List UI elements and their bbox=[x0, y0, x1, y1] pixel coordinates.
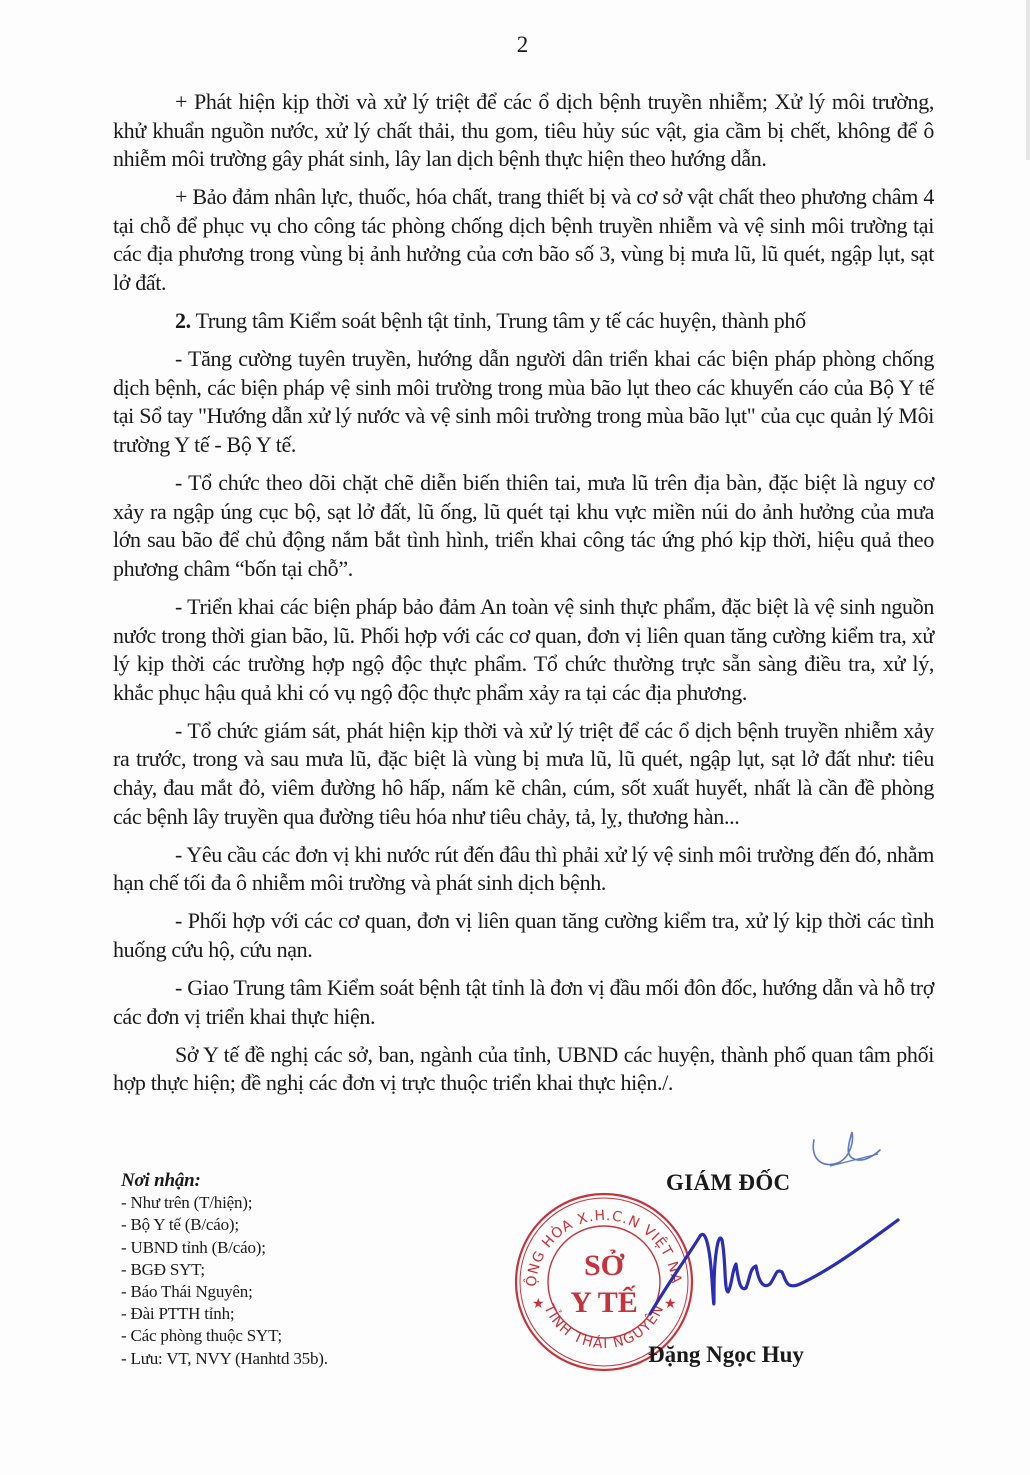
signature-block: GIÁM ĐỐC CỘNG HÒA X.H.C.N VIỆT NAM TỈNH … bbox=[500, 1160, 920, 1380]
section-number: 2. bbox=[175, 308, 191, 333]
paragraph-coordination: - Phối hợp với các cơ quan, đơn vị liên … bbox=[113, 907, 934, 964]
page-number: 2 bbox=[0, 32, 1030, 58]
document-body: + Phát hiện kịp thời và xử lý triệt để c… bbox=[113, 88, 934, 1108]
paragraph-closing-request: Sở Y tế đề nghị các sở, ban, ngành của t… bbox=[113, 1041, 934, 1098]
paragraph-cdc-lead: - Giao Trung tâm Kiểm soát bệnh tật tỉnh… bbox=[113, 974, 934, 1031]
paragraph-sanitation: - Yêu cầu các đơn vị khi nước rút đến đâ… bbox=[113, 841, 934, 898]
recipient-item: - Bộ Y tế (B/cáo); bbox=[121, 1214, 328, 1236]
section-heading-2: 2. Trung tâm Kiểm soát bệnh tật tỉnh, Tr… bbox=[113, 307, 934, 336]
paragraph-ensure-resources: + Bảo đảm nhân lực, thuốc, hóa chất, tra… bbox=[113, 183, 934, 297]
recipient-item: - Như trên (T/hiện); bbox=[121, 1192, 328, 1214]
paragraph-food-safety: - Triển khai các biện pháp bảo đảm An to… bbox=[113, 593, 934, 707]
page-edge-shadow bbox=[1026, 0, 1030, 160]
recipient-item: - Đài PTTH tỉnh; bbox=[121, 1303, 328, 1325]
paragraph-monitoring: - Tổ chức theo dõi chặt chẽ diễn biến th… bbox=[113, 469, 934, 583]
recipient-item: - UBND tỉnh (B/cáo); bbox=[121, 1237, 328, 1259]
signer-name: Đặng Ngọc Huy bbox=[648, 1342, 804, 1368]
handwritten-signature bbox=[500, 1160, 920, 1360]
recipient-item: - Lưu: VT, NVY (Hanhtd 35b). bbox=[121, 1348, 328, 1370]
recipients-title: Nơi nhận: bbox=[121, 1170, 328, 1192]
recipients-list: Nơi nhận: - Như trên (T/hiện); - Bộ Y tế… bbox=[121, 1170, 328, 1370]
paragraph-detect-outbreaks: + Phát hiện kịp thời và xử lý triệt để c… bbox=[113, 88, 934, 174]
section-heading-text: Trung tâm Kiểm soát bệnh tật tỉnh, Trung… bbox=[191, 308, 806, 333]
recipient-item: - Các phòng thuộc SYT; bbox=[121, 1325, 328, 1347]
paragraph-surveillance: - Tổ chức giám sát, phát hiện kịp thời v… bbox=[113, 717, 934, 831]
paragraph-propaganda: - Tăng cường tuyên truyền, hướng dẫn ngư… bbox=[113, 345, 934, 459]
recipient-item: - Báo Thái Nguyên; bbox=[121, 1281, 328, 1303]
recipient-item: - BGĐ SYT; bbox=[121, 1259, 328, 1281]
